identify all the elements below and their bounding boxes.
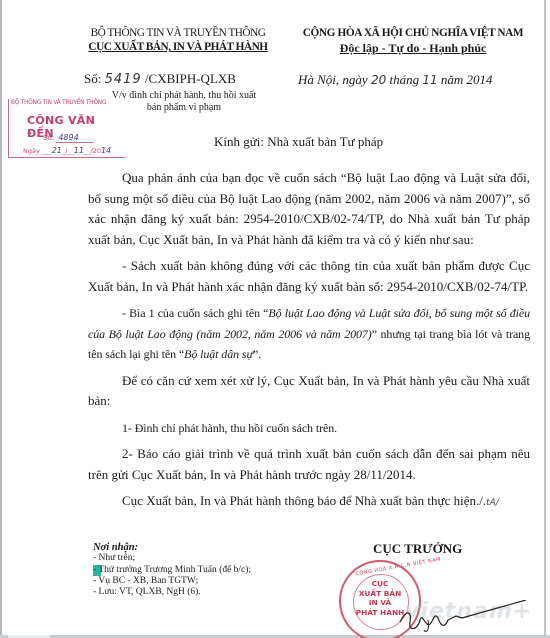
department-name: CỤC XUẤT BẢN, IN VÀ PHÁT HÀNH xyxy=(78,41,278,53)
signer-title: CỤC TRƯỞNG xyxy=(373,541,462,557)
seal-ring-text: CỘNG HOÀ X.H.C.N VIỆT NAM xyxy=(355,557,441,578)
document-subject: V/v đình chỉ phát hành, thu hồi xuất bản… xyxy=(104,90,264,114)
national-motto: Độc lập - Tự do - Hạnh phúc xyxy=(286,41,540,56)
letter-body: Qua phản ánh của bạn đọc về cuốn sách “B… xyxy=(88,168,530,514)
recipients-block: Nơi nhận: - Như trên; - Thứ trưởng Trươn… xyxy=(93,542,251,598)
recipient-item: - Thứ trưởng Trương Minh Tuấn (để b/c); xyxy=(93,565,251,576)
stamp-number: Số: 4894 xyxy=(43,133,93,142)
closing-line: Cục Xuất bản, In và Phát hành thông báo … xyxy=(88,491,530,514)
page-border-right xyxy=(544,0,546,636)
signature-icon xyxy=(398,600,528,636)
request-item-2: 2- Báo cáo giải trình về quá trình xuất … xyxy=(88,444,530,485)
paragraph-2: - Sách xuất bản không đúng với các thông… xyxy=(88,256,530,297)
recipient-item: - Vụ BC - XB, Ban TGTW; xyxy=(93,576,251,587)
national-header: CỘNG HÒA XÃ HỘI CHỦ NGHĨA VIỆT NAM Độc l… xyxy=(286,27,540,56)
ministry-name: BỘ THÔNG TIN VÀ TRUYỀN THÔNG xyxy=(78,27,278,39)
paragraph-4: Để có căn cứ xem xét xử lý, Cục Xuất bản… xyxy=(88,371,530,412)
stamp-org: BỘ THÔNG TIN VÀ TRUYỀN THÔNG xyxy=(11,100,106,106)
recipient-item: - Như trên; xyxy=(93,553,251,564)
paragraph-3: - Bìa 1 của cuốn sách ghi tên “Bộ luật L… xyxy=(88,303,530,365)
page-border-left xyxy=(0,0,2,636)
recipient-item: - Lưu: VT, QLXB, NgH (6). xyxy=(93,587,251,598)
document-date: Hà Nội, ngày 20 tháng 11 năm 2014 xyxy=(298,72,493,88)
handwritten-number: 5419 xyxy=(105,72,142,87)
issuer-header: BỘ THÔNG TIN VÀ TRUYỀN THÔNG CỤC XUẤT BẢ… xyxy=(78,27,278,53)
incoming-document-stamp: BỘ THÔNG TIN VÀ TRUYỀN THÔNG CÔNG VĂN ĐẾ… xyxy=(8,99,125,158)
paragraph-1: Qua phản ánh của bạn đọc về cuốn sách “B… xyxy=(88,168,530,250)
recipients-label: Nơi nhận: xyxy=(93,542,251,553)
nation-name: CỘNG HÒA XÃ HỘI CHỦ NGHĨA VIỆT NAM xyxy=(286,27,540,39)
document-number: Số: 5419 /CXBIPH-QLXB xyxy=(84,71,236,87)
request-item-1: 1- Đình chỉ phát hành, thu hồi cuốn sách… xyxy=(88,418,530,439)
stamp-date: Ngày ___21_/__11__/2014 xyxy=(23,146,111,155)
greeting: Kính gửi: Nhà xuất bản Tư pháp xyxy=(214,134,383,150)
handwritten-mark: tA/ xyxy=(486,498,499,508)
